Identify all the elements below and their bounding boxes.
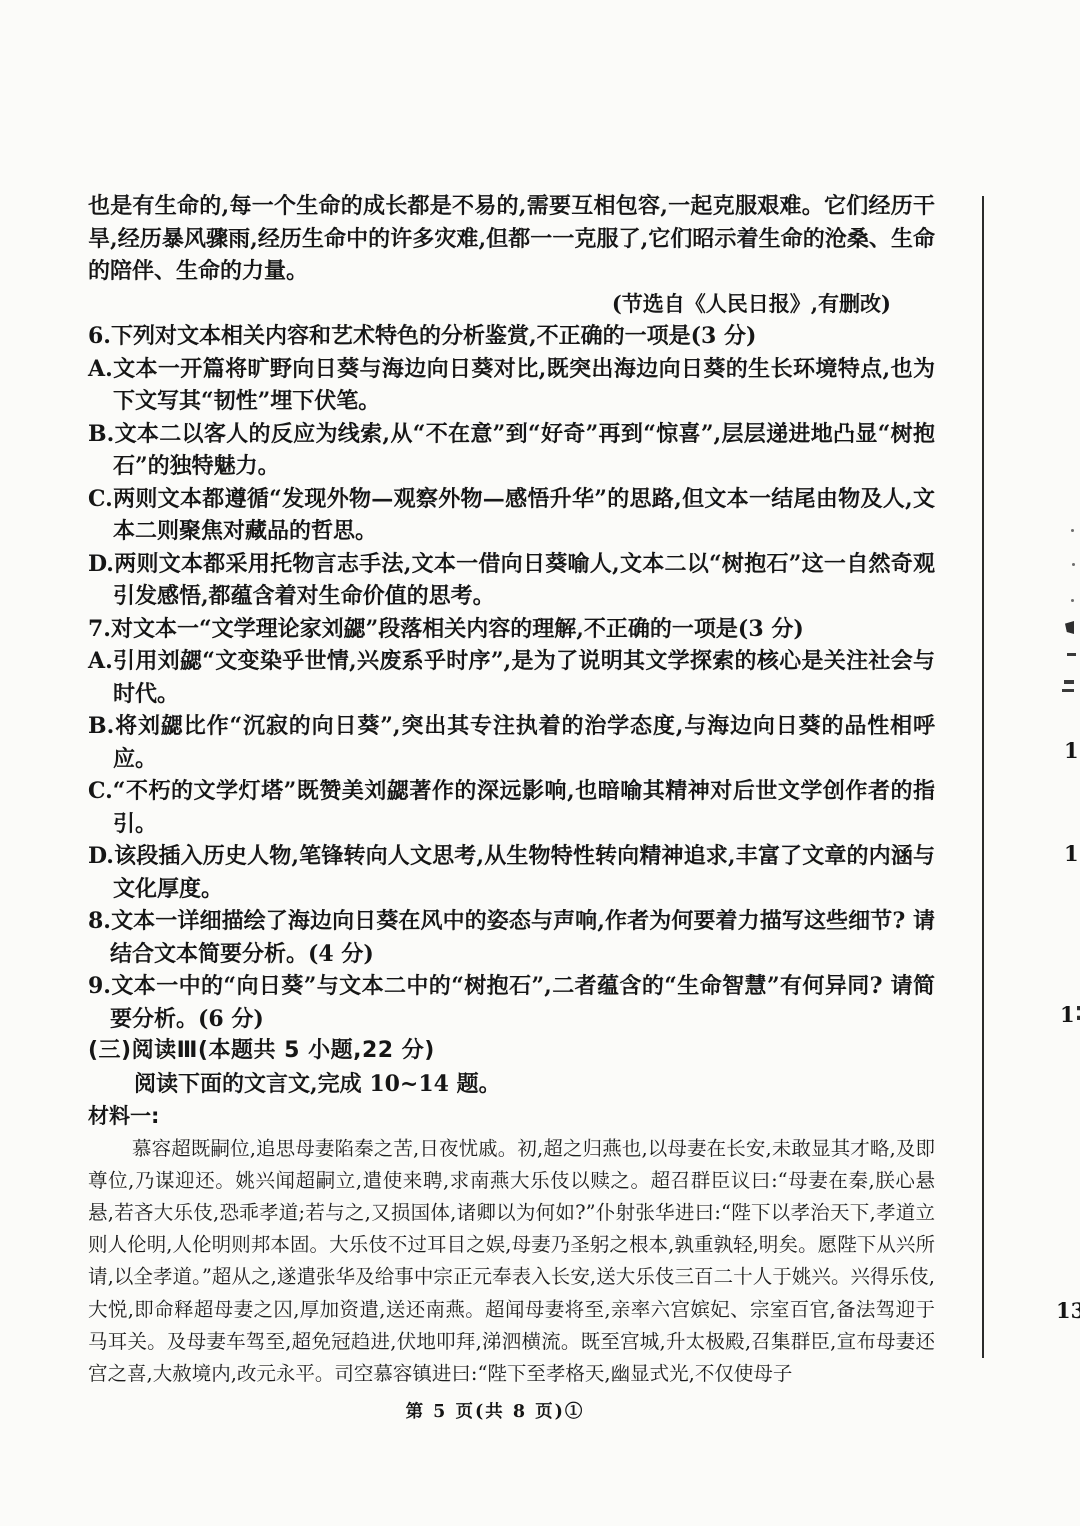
page-fold-line [982, 196, 984, 1358]
scan-artifact [1067, 653, 1076, 656]
question-7-stem: 7.对文本一“文学理论家刘勰”段落相关内容的理解,不正确的一项是(3 分) [88, 613, 935, 646]
edge-cutoff-digit: 1 [1064, 843, 1079, 864]
question-8: 8.文本一详细描绘了海边向日葵在风中的姿态与声响,作者为何要着力描写这些细节? … [88, 905, 935, 970]
edge-cutoff-digit: 1 [1064, 740, 1079, 761]
question-6-option-d: D.两则文本都采用托物言志手法,文本一借向日葵喻人,文本二以“树抱石”这一自然奇… [88, 548, 935, 613]
material-1-label: 材料一: [88, 1100, 935, 1133]
section-3-instruction: 阅读下面的文言文,完成 10~14 题。 [88, 1068, 935, 1101]
question-7-option-a: A.引用刘勰“文变染乎世情,兴废系乎时序”,是为了说明其文学探索的核心是关注社会… [88, 645, 935, 710]
question-9: 9.文本一中的“向日葵”与文本二中的“树抱石”,二者蕴含的“生命智慧”有何异同?… [88, 970, 935, 1035]
section-3-heading: (三)阅读Ⅲ(本题共 5 小题,22 分) [88, 1035, 935, 1068]
scan-artifact [1062, 689, 1074, 692]
passage-ending-paragraph: 也是有生命的,每一个生命的成长都是不易的,需要互相包容,一起克服艰难。它们经历干… [88, 190, 935, 288]
edge-cutoff-digit: 13 [1056, 1300, 1080, 1321]
scan-artifact [1064, 680, 1074, 684]
question-7-option-b: B.将刘勰比作“沉寂的向日葵”,突出其专注执着的治学态度,与海边向日葵的品性相呼… [88, 710, 935, 775]
edge-cutoff-digit: 1 [1060, 1004, 1075, 1025]
question-6-option-c: C.两则文本都遵循“发现外物—观察外物—感悟升华”的思路,但文本一结尾由物及人,… [88, 483, 935, 548]
material-1-passage: 慕容超既嗣位,追思母妻陷秦之苦,日夜忧戚。初,超之归燕也,以母妻在长安,未敢显其… [88, 1133, 935, 1391]
question-7-option-c: C.“不朽的文学灯塔”既赞美刘勰著作的深远影响,也暗喻其精神对后世文学创作者的指… [88, 775, 935, 840]
scan-artifact [1071, 529, 1074, 532]
scan-artifact [1071, 599, 1074, 602]
question-7-option-d: D.该段插入历史人物,笔锋转向人文思考,从生物特性转向精神追求,丰富了文章的内涵… [88, 840, 935, 905]
page-number-footer: 第 5 页(共 8 页)① [0, 1398, 990, 1423]
question-6-option-a: A.文本一开篇将旷野向日葵与海边向日葵对比,既突出海边向日葵的生长环境特点,也为… [88, 353, 935, 418]
page-content: 也是有生命的,每一个生命的成长都是不易的,需要互相包容,一起克服艰难。它们经历干… [88, 190, 935, 1390]
question-6-stem: 6.下列对文本相关内容和艺术特色的分析鉴赏,不正确的一项是(3 分) [88, 320, 935, 353]
source-attribution: (节选自《人民日报》,有删改) [88, 288, 935, 321]
scan-artifact [1072, 563, 1075, 566]
scan-artifact [1065, 621, 1074, 634]
question-6-option-b: B.文本二以客人的反应为线索,从“不在意”到“好奇”再到“惊喜”,层层递进地凸显… [88, 418, 935, 483]
